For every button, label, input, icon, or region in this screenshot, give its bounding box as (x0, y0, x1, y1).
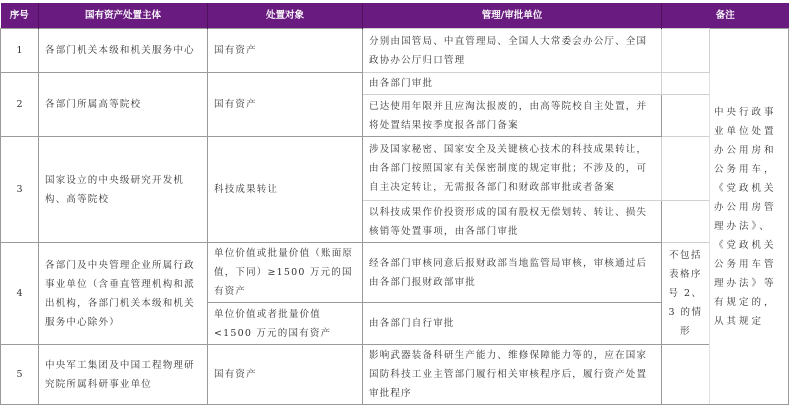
header-remark: 备注 (662, 3, 789, 29)
cell-remark-inner-blank (662, 29, 710, 73)
table-row: 5 中央军工集团及中国工程物理研究院所属科研事业单位 国有资产 影响武器装备科研… (1, 345, 789, 376)
cell-approval: 分别由国管局、中直管理局、全国人大常委会办公厅、全国政协办公厅归口管理 (363, 29, 662, 73)
cell-index: 3 (1, 137, 39, 243)
cell-object: 单位价值或者批量价值<1500 万元的国有资产 (208, 303, 363, 345)
cell-object: 单位价值或批量价值（账面原值，下同）≥1500 万元的国有资产 (208, 243, 363, 303)
header-object: 处置对象 (208, 3, 363, 29)
cell-remark-inner-blank (662, 345, 710, 376)
cell-approval: 由各部门审批 (363, 73, 662, 95)
cell-object: 国有资产 (208, 73, 363, 137)
cell-index: 2 (1, 73, 39, 137)
cell-approval: 涉及国家秘密、国家安全及关键核心技术的科技成果转让，由各部门按照国家有关保密制度… (363, 137, 662, 201)
asset-disposal-table: 序号 国有资产处置主体 处置对象 管理/审批单位 备注 1 各部门机关本级和机关… (0, 3, 789, 375)
cell-remark-inner-blank (662, 95, 710, 137)
cell-remark-outer: 中央行政事业单位处置办公用房和公务用车，《党政机关办公用房管理办法》、《党政机关… (710, 29, 789, 376)
header-subject: 国有资产处置主体 (39, 3, 208, 29)
cell-remark-inner-blank (662, 201, 710, 243)
cell-index: 5 (1, 345, 39, 376)
cell-object: 国有资产 (208, 345, 363, 376)
cell-subject: 各部门所属高等院校 (39, 73, 208, 137)
header-index: 序号 (1, 3, 39, 29)
cell-object: 国有资产 (208, 29, 363, 73)
cell-subject: 各部门及中央管理企业所属行政事业单位（含垂直管理机构和派出机构，各部门机关本级和… (39, 243, 208, 345)
cell-remark-inner: 不包括表格序号 2、3 的情形 (662, 243, 710, 345)
cell-remark-inner-blank (662, 73, 710, 95)
table-row: 3 国家设立的中央级研究开发机构、高等院校 科技成果转让 涉及国家秘密、国家安全… (1, 137, 789, 201)
cell-subject: 国家设立的中央级研究开发机构、高等院校 (39, 137, 208, 243)
cell-subject: 中央军工集团及中国工程物理研究院所属科研事业单位 (39, 345, 208, 376)
cell-object: 科技成果转让 (208, 137, 363, 243)
cell-approval: 影响武器装备科研生产能力、维修保障能力等的，应在国家国防科技工业主管部门履行相关… (363, 345, 662, 376)
cell-approval: 已达使用年限并且应淘汰报废的，由高等院校自主处置，并将处置结果按季度报各部门备案 (363, 95, 662, 137)
header-approval: 管理/审批单位 (363, 3, 662, 29)
cell-approval: 经各部门审核同意后报财政部当地监管局审核，审核通过后由各部门报财政部审批 (363, 243, 662, 303)
cell-approval: 以科技成果作价投资形成的国有股权无偿划转、转让、损失核销等处置事项，由各部门审批 (363, 201, 662, 243)
cell-remark-inner-blank (662, 137, 710, 201)
table-header-row: 序号 国有资产处置主体 处置对象 管理/审批单位 备注 (1, 3, 789, 29)
cell-index: 4 (1, 243, 39, 345)
table-row: 2 各部门所属高等院校 国有资产 由各部门审批 (1, 73, 789, 95)
cell-approval: 由各部门自行审批 (363, 303, 662, 345)
cell-subject: 各部门机关本级和机关服务中心 (39, 29, 208, 73)
table-row: 4 各部门及中央管理企业所属行政事业单位（含垂直管理机构和派出机构，各部门机关本… (1, 243, 789, 303)
cell-index: 1 (1, 29, 39, 73)
table-row: 1 各部门机关本级和机关服务中心 国有资产 分别由国管局、中直管理局、全国人大常… (1, 29, 789, 73)
